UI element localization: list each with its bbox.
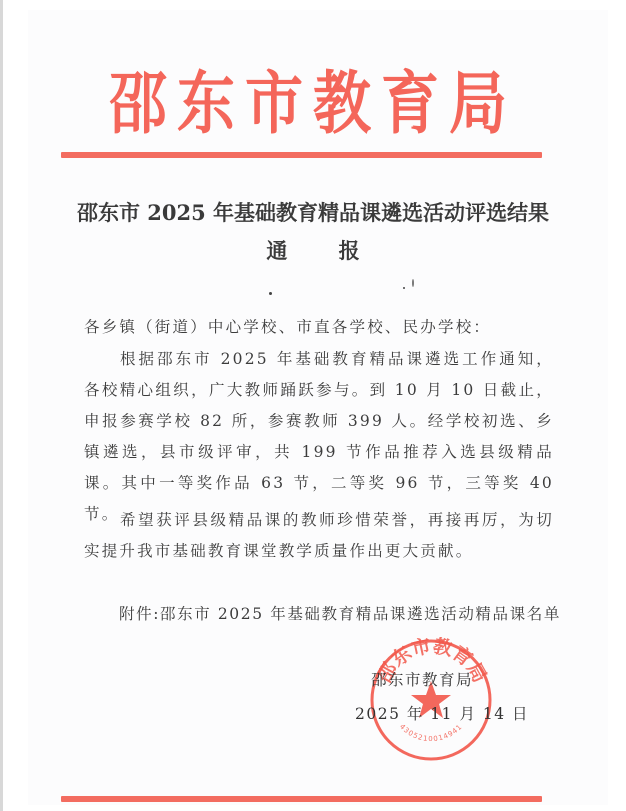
letterhead-organization: 邵东市教育局	[0, 62, 626, 145]
document-subtitle: 通 报	[0, 237, 626, 265]
footer-red-rule	[61, 796, 542, 802]
scan-speck	[412, 279, 414, 287]
document-title: 邵东市 2025 年基础教育精品课遴选活动评选结果	[0, 199, 626, 227]
body-paragraph-results: 根据邵东市 2025 年基础教育精品课遴选工作通知，各校精心组织，广大教师踊跃参…	[84, 344, 554, 530]
scan-speck	[403, 287, 405, 289]
svg-text:4305210014941: 4305210014941	[398, 723, 464, 743]
letterhead-red-rule	[61, 152, 542, 158]
signature-date: 2025 年 11 月 14 日	[355, 702, 529, 724]
attachment-line: 附件:邵东市 2025 年基础教育精品课遴选活动精品课名单	[119, 602, 561, 624]
body-paragraph-encouragement: 希望获评县级精品课的教师珍惜荣誉，再接再厉，为切实提升我市基础教育课堂教学质量作…	[84, 505, 554, 567]
subtitle-char: 报	[339, 237, 360, 265]
signature-issuer: 邵东市教育局	[371, 668, 473, 690]
scan-speck	[269, 292, 272, 295]
salutation: 各乡镇（街道）中心学校、市直各学校、民办学校：	[84, 312, 554, 343]
subtitle-char: 通	[266, 237, 287, 265]
official-seal-stamp: 邵东市教育局 4305210014941	[368, 637, 494, 763]
